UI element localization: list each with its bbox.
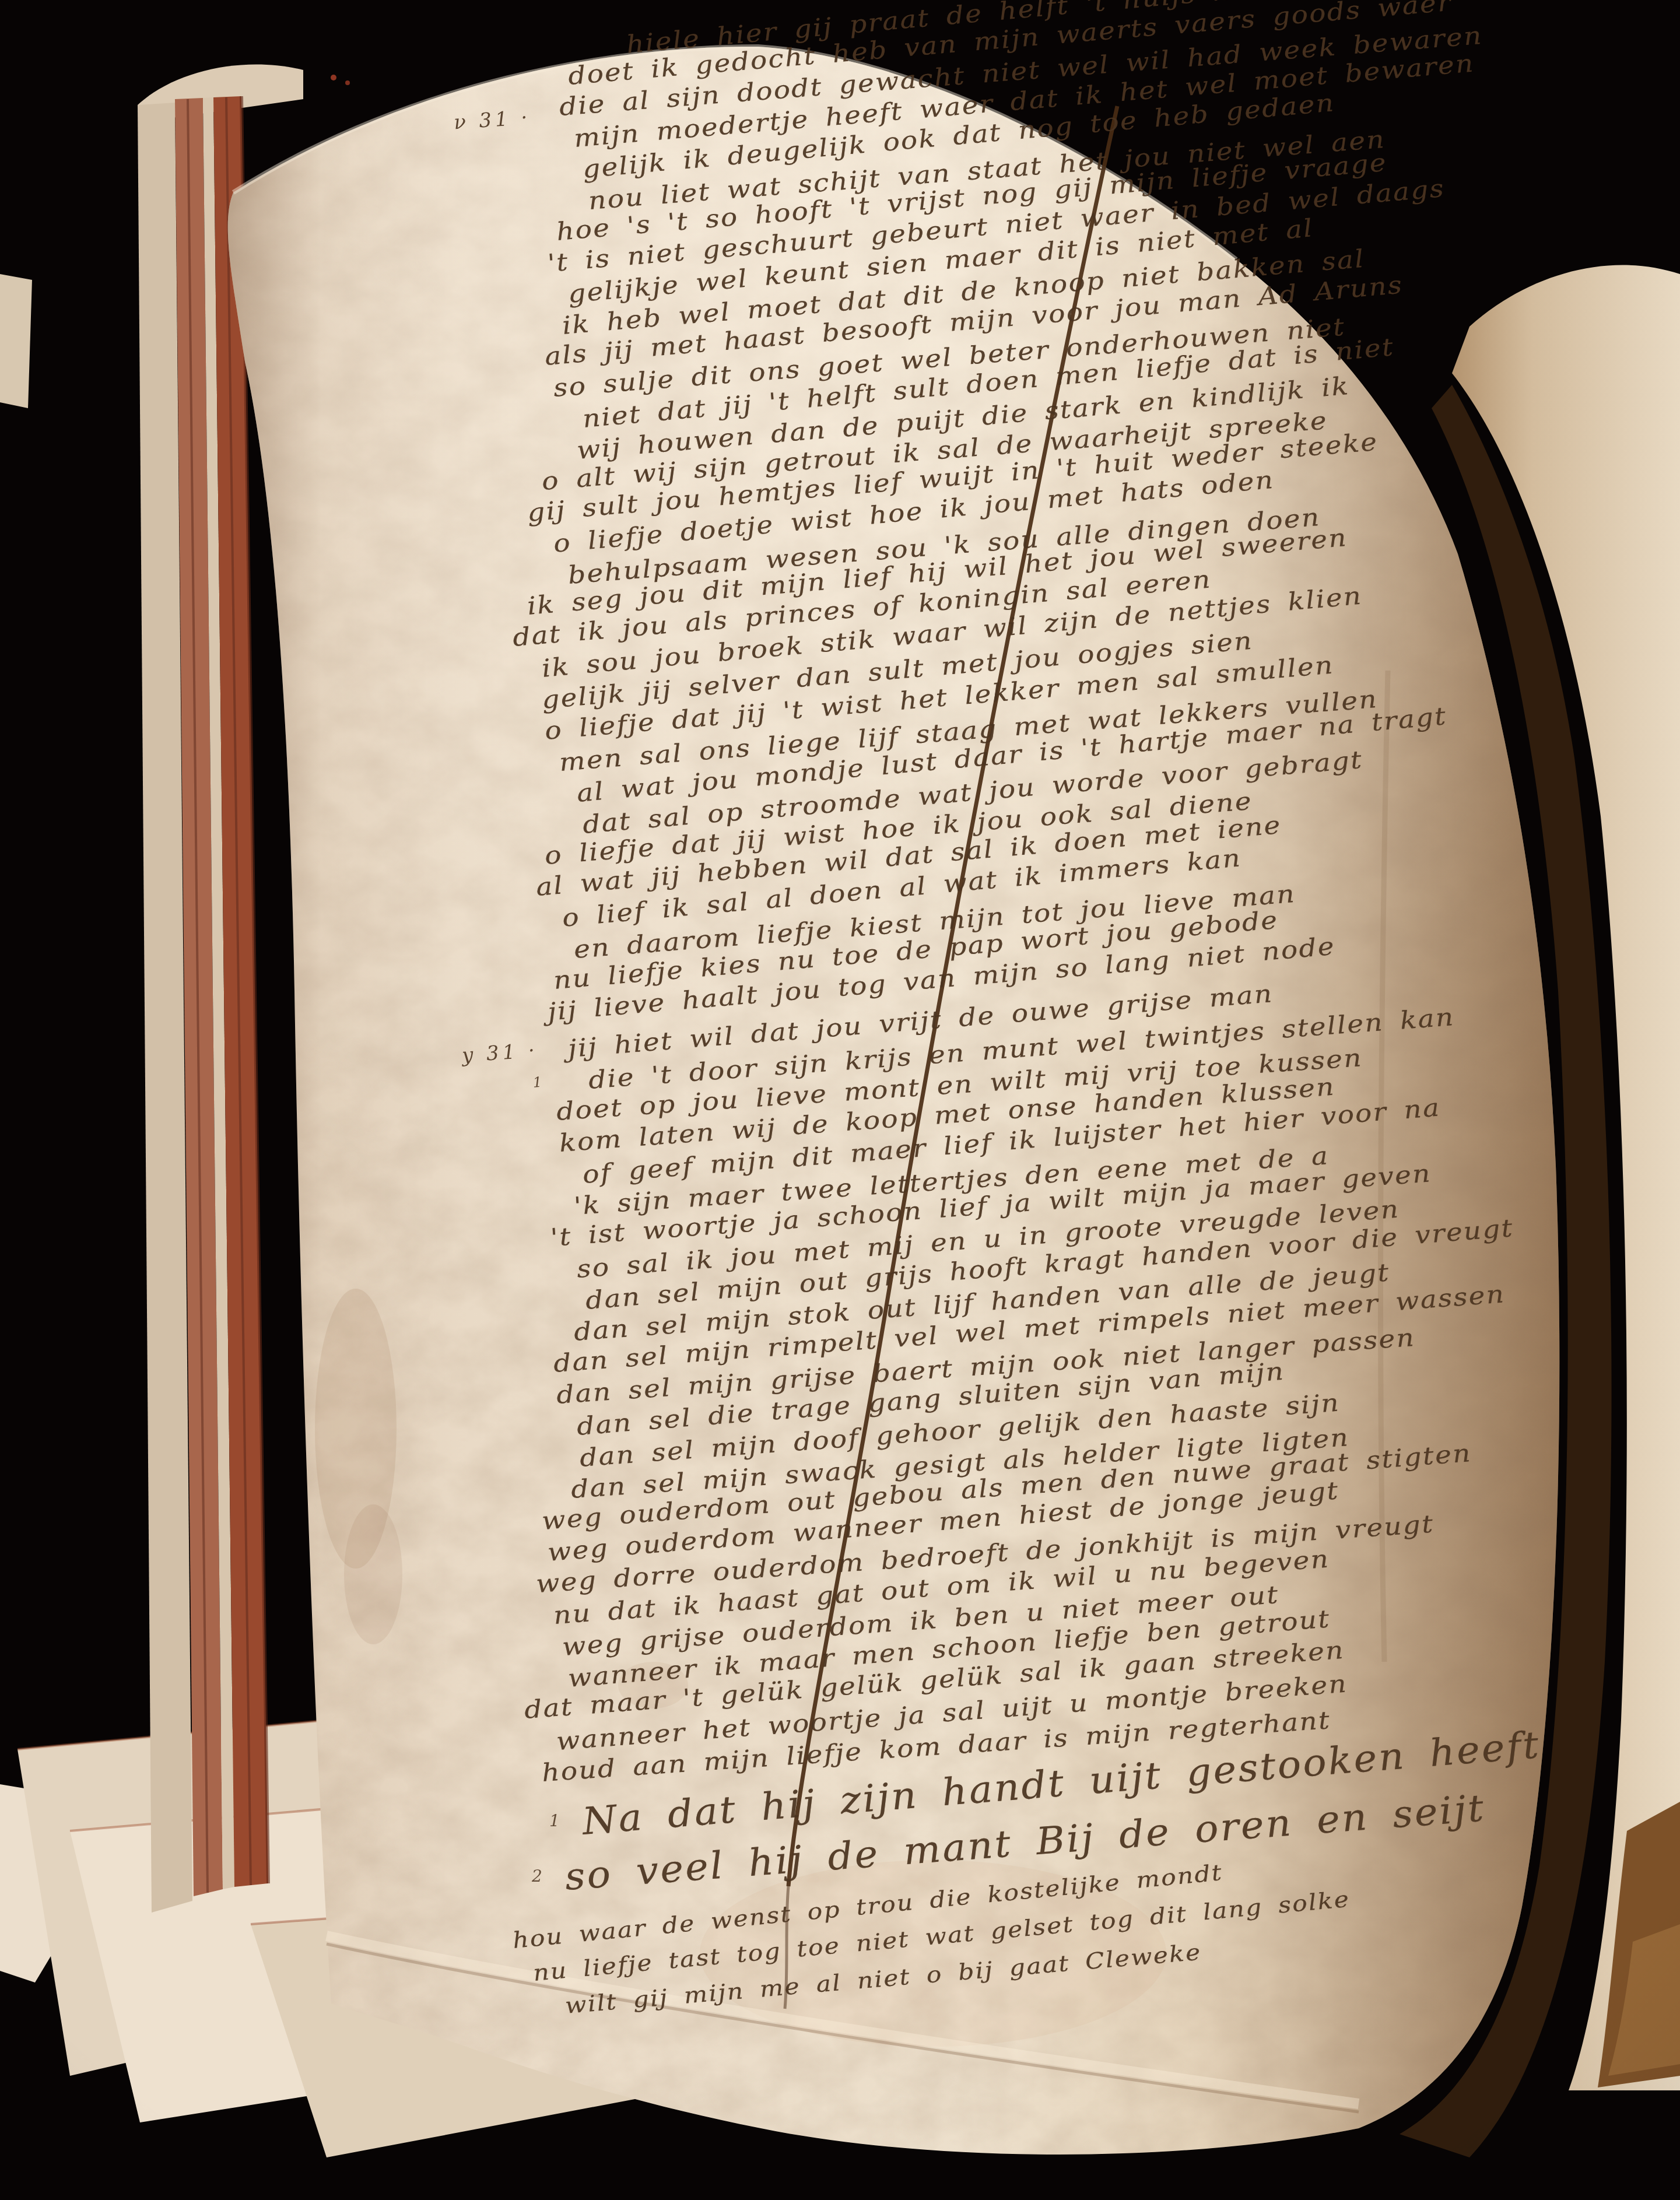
left-page-sliver: [0, 274, 32, 408]
line-number: 1: [549, 1811, 560, 1830]
margin-mark-section2-sub: 1: [532, 1073, 546, 1090]
stain-left-smear-2: [344, 1504, 402, 1644]
manuscript-line: wilt gij mijn me al niet o bij gaat Clew…: [566, 1993, 1598, 2026]
closing-lines: hou waar de wenst op trou die kostelijke…: [513, 1928, 1598, 2026]
stanza-2: jij hiet wil dat jou vrijt de ouwe grijs…: [513, 1034, 1598, 1790]
photo-open-manuscript-book: ν 31 · y 31 · 1 hiele hier gij praat de …: [0, 0, 1680, 2200]
line-number: 2: [532, 1866, 542, 1886]
red-speck-2: [345, 80, 350, 85]
stanza-1: hiele hier gij praat de helft 't huijs h…: [513, 30, 1598, 1029]
red-speck-1: [331, 75, 336, 80]
manuscript-text-block: hiele hier gij praat de helft 't huijs h…: [513, 30, 1598, 2026]
